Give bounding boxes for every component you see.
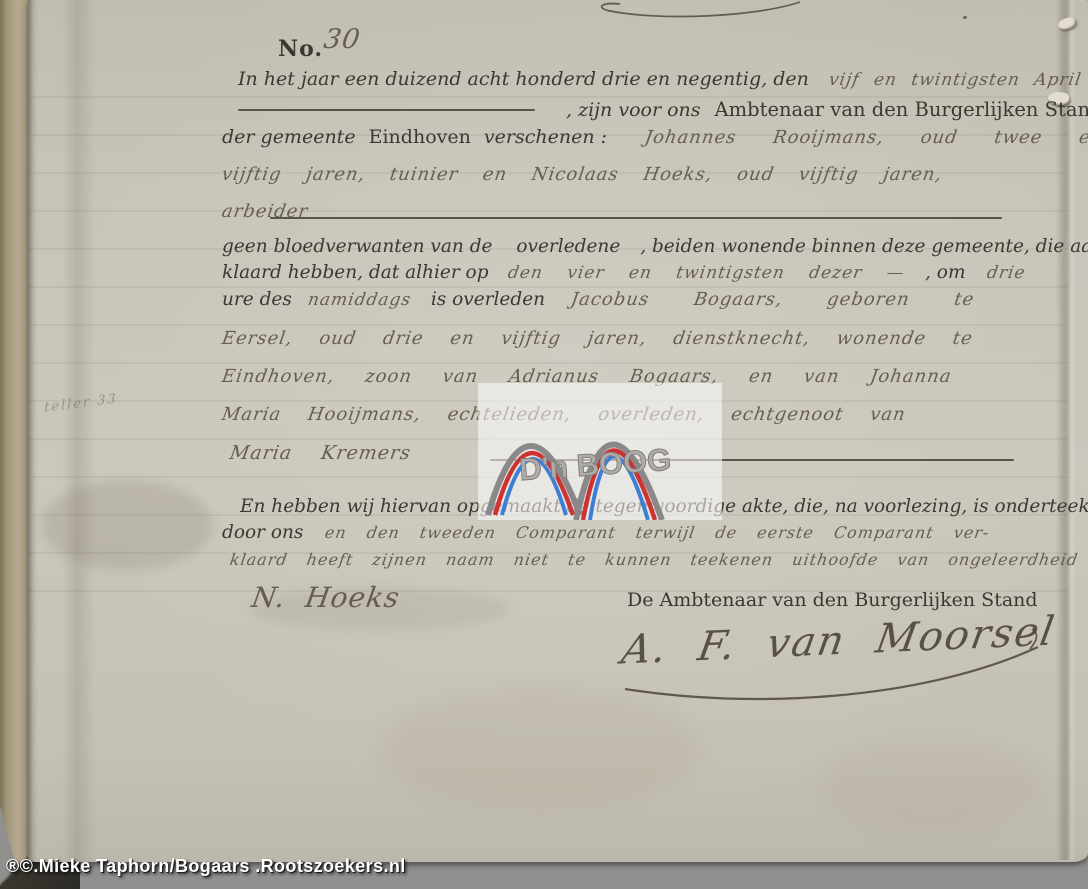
hand-death-date: den vier en twintigsten dezer — bbox=[507, 263, 907, 283]
hand-declarant-1: Johannes Rooijmans, oud twee en bbox=[643, 127, 1088, 148]
act-number-hand: 30 bbox=[322, 24, 363, 55]
official-title-text: De Ambtenaar van den Burgerlijken Stand bbox=[627, 589, 1038, 611]
printed-ure-des: ure des bbox=[222, 289, 292, 310]
official-title: De Ambtenaar van den Burgerlijken Stand bbox=[627, 589, 1038, 611]
hand-spouse: Maria Kremers bbox=[228, 442, 412, 464]
printed-year-text: In het jaar een duizend acht honderd dri… bbox=[238, 68, 809, 90]
printed-officer-intro: , zijn voor ons bbox=[566, 99, 701, 121]
printed-bloedverwanten: geen bloedverwanten van de bbox=[222, 236, 493, 257]
line-declarants-continued: vijftig jaren, tuinier en Nicolaas Hoeks… bbox=[222, 164, 942, 185]
printed-officer-title: Ambtenaar van den Burgerlijken Stand bbox=[715, 98, 1088, 121]
line-officer: , zijn voor ons Ambtenaar van den Burger… bbox=[566, 98, 1088, 121]
hand-birthplace-age: Eersel, oud drie en vijftig jaren, diens… bbox=[220, 328, 974, 349]
printed-klaard: klaard hebben, dat alhier op bbox=[222, 262, 489, 283]
hand-daypart: namiddags bbox=[306, 290, 412, 310]
printed-gemeente: der gemeente bbox=[222, 126, 356, 148]
hand-declarant-2: vijftig jaren, tuinier en Nicolaas Hoeks… bbox=[220, 164, 944, 185]
hand-hour: drie bbox=[986, 263, 1028, 283]
top-signature-flourish bbox=[590, 0, 805, 24]
binding-crease bbox=[28, 0, 38, 862]
hand-closing-2: klaard heeft zijnen naam niet te kunnen … bbox=[228, 550, 1079, 569]
act-number-value: 30 bbox=[324, 24, 360, 55]
printed-door-ons: door ons bbox=[222, 522, 303, 543]
watermark-box: D'n BOOG bbox=[478, 383, 722, 520]
line-relation: geen bloedverwanten van de overledene , … bbox=[222, 236, 1088, 257]
line-birthplace-age: Eersel, oud drie en vijftig jaren, diens… bbox=[222, 328, 973, 349]
ink-speck bbox=[963, 16, 967, 19]
printed-wonende: , beiden wonende binnen deze gemeente, d… bbox=[640, 236, 1088, 257]
rule-after-occupation bbox=[270, 217, 1002, 219]
printed-is-overleden: is overleden bbox=[431, 289, 545, 310]
hand-date: vijf en twintigsten April bbox=[827, 70, 1083, 90]
line-deceased: ure des namiddags is overleden Jacobus B… bbox=[222, 289, 974, 310]
left-fold-shadow bbox=[62, 0, 96, 862]
printed-overledene: overledene bbox=[516, 236, 620, 257]
closing-line-3: klaard heeft zijnen naam niet te kunnen … bbox=[230, 550, 1078, 569]
scanned-death-certificate: teller 33 No. 30 In het jaar een duizend… bbox=[0, 0, 1088, 889]
printed-verschenen: verschenen : bbox=[484, 126, 607, 148]
line-municipality: der gemeente Eindhoven verschenen : Joha… bbox=[222, 126, 1088, 148]
hand-closing-1: en den tweeden Comparant terwijl de eers… bbox=[324, 523, 991, 542]
credit-watermark: ®©.Mieke Taphorn/Bogaars .Rootszoekers.n… bbox=[6, 856, 406, 877]
closing-line-2: door ons en den tweeden Comparant terwij… bbox=[222, 522, 990, 543]
printed-om: , om bbox=[925, 262, 965, 283]
line-death-date: klaard hebben, dat alhier op den vier en… bbox=[222, 262, 1026, 283]
witness-signature: N. Hoeks bbox=[252, 581, 400, 614]
act-number-label-text: No. bbox=[278, 36, 323, 62]
act-number-label: No. bbox=[278, 36, 323, 62]
place-name: Eindhoven bbox=[369, 126, 471, 148]
hand-deceased-name: Jacobus Bogaars, geboren te bbox=[569, 289, 976, 310]
witness-signature-text: N. Hoeks bbox=[249, 581, 402, 614]
rule-blank-date bbox=[238, 109, 535, 111]
signature-flourish bbox=[600, 615, 1060, 715]
dn-boog-logo: D'n BOOG bbox=[478, 383, 722, 520]
line-spouse: Maria Kremers bbox=[230, 442, 411, 464]
line-year: In het jaar een duizend acht honderd dri… bbox=[238, 68, 1081, 90]
